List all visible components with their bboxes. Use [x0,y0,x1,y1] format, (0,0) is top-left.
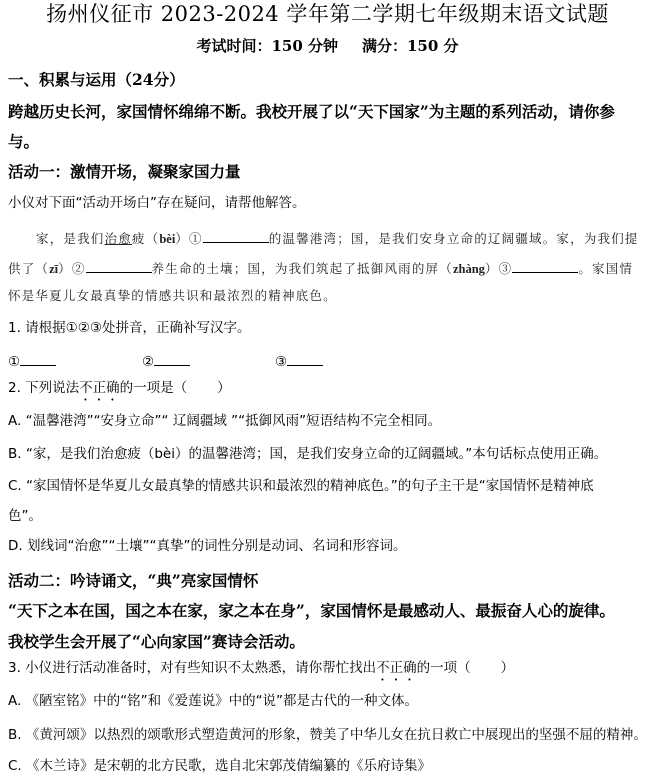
question-2: 2. 下列说法不正确的一项是（） [8,380,231,404]
exam-title: 扬州仪征市 2023-2024 学年第二学期七年级期末语文试题 [0,4,655,25]
q1-blank-2: ② [142,353,190,370]
q3-option-b: B. 《黄河颂》以热烈的颂歌形式塑造黄河的形象，赞美了中华儿女在抗日救亡中展现出… [8,729,647,743]
passage-text: ）② [58,261,85,276]
answer-blank-3[interactable] [287,353,323,366]
passage-line1: 家，是我们治愈疲（bèi）①的温馨港湾；国，是我们安身立命的辽阔疆域。家，为我们… [36,230,639,246]
passage-text: 家，是我们 [36,231,105,246]
section-intro-line1: 跨越历史长河，家国情怀绵绵不断。我校开展了以“天下国家”为主题的系列活动，请你参 [8,104,615,120]
exam-time: 考试时间：150 分钟 [196,37,338,55]
fill-blank-1[interactable] [203,230,269,243]
full-score: 满分：150 分 [362,37,459,55]
question-3: 3. 小仪进行活动准备时，对有些知识不太熟悉，请你帮忙找出不正确的一项（） [8,660,514,684]
answer-blank-2[interactable] [154,353,190,366]
question-text: 3. 小仪进行活动准备时，对有些知识不太熟悉，请你帮忙找出 [8,660,376,676]
q3-option-a: A. 《陋室铭》中的“铭”和《爱莲说》中的“说”都是古代的一种文体。 [8,695,418,709]
activity2-intro-line1: “天下之本在国，国之本在家，家之本在身”，家国情怀是最感动人、最振奋人心的旋律。 [8,603,615,619]
q2-option-c: C. “家国情怀是华夏儿女最真挚的情感共识和最浓烈的精神底色。”的句子主干是“家… [8,480,594,494]
pinyin: bèi [159,232,175,246]
underlined-word: 治愈 [105,231,132,246]
blank-label: ③ [275,354,287,370]
passage-text: 养生命的土壤；国，为我们筑起了抵御风雨的屏（ [152,261,453,276]
pinyin: zhàng [453,262,485,276]
section-intro-line2: 与。 [8,134,39,150]
emphasized-text: 不正确 [79,380,120,396]
exam-info: 考试时间：150 分钟满分：150 分 [0,39,655,54]
passage-text: ）③ [485,261,512,276]
question-text: ） [217,380,231,396]
activity1-prompt: 小仪对下面“活动开场白”存在疑问，请帮他解答。 [8,197,306,211]
activity2-intro-line2: 我校学生会开展了“心向家国”赛诗会活动。 [8,634,305,650]
passage-text: ）① [175,231,202,246]
question-text: 的一项（ [417,660,471,676]
emphasized-text: 不正确 [376,660,417,676]
passage-text: 疲（ [132,231,159,246]
question-text: 2. 下列说法 [8,380,79,396]
q2-option-b: B. “家，是我们治愈疲（bèi）的温馨港湾；国，是我们安身立命的辽阔疆域。”本… [8,448,607,462]
blank-label: ② [142,354,154,370]
blank-label: ① [8,354,20,370]
fill-blank-2[interactable] [86,260,152,273]
question-text: ） [501,660,515,676]
q3-option-c: C. 《木兰诗》是宋朝的北方民歌，选自北宋郭茂倩编纂的《乐府诗集》 [8,760,431,774]
fill-blank-3[interactable] [512,260,578,273]
passage-text: 的温馨港湾；国，是我们安身立命的辽阔疆域。家，为我们提 [269,231,639,246]
question-text: 的一项是（ [120,380,188,396]
passage-text: 供了（ [8,261,49,276]
q1-blank-1: ① [8,353,56,370]
answer-blank-1[interactable] [20,353,56,366]
activity1-heading: 活动一：激情开场，凝聚家国力量 [8,164,241,180]
passage-line2: 供了（zī）②养生命的土壤；国，为我们筑起了抵御风雨的屏（zhàng）③。家国情 [8,260,633,276]
q2-option-d: D. 划线词“治愈”“土壤”“真挚”的词性分别是动词、名词和形容词。 [8,540,406,554]
passage-text: 。家国情 [578,261,633,276]
activity2-heading: 活动二：吟诗诵文，“典”亮家国情怀 [8,573,258,589]
section-heading: 一、积累与运用（24分） [8,72,185,88]
q2-option-c-cont: 色”。 [8,510,42,524]
q2-option-a: A. “温馨港湾”“安身立命”“ 辽阔疆域 ”“抵御风雨”短语结构不完全相同。 [8,415,441,429]
pinyin: zī [49,262,58,276]
question-1: 1. 请根据①②③处拼音，正确补写汉字。 [8,322,250,336]
q1-blank-3: ③ [275,353,323,370]
passage-line3: 怀是华夏儿女最真挚的情感共识和最浓烈的精神底色。 [8,290,337,303]
